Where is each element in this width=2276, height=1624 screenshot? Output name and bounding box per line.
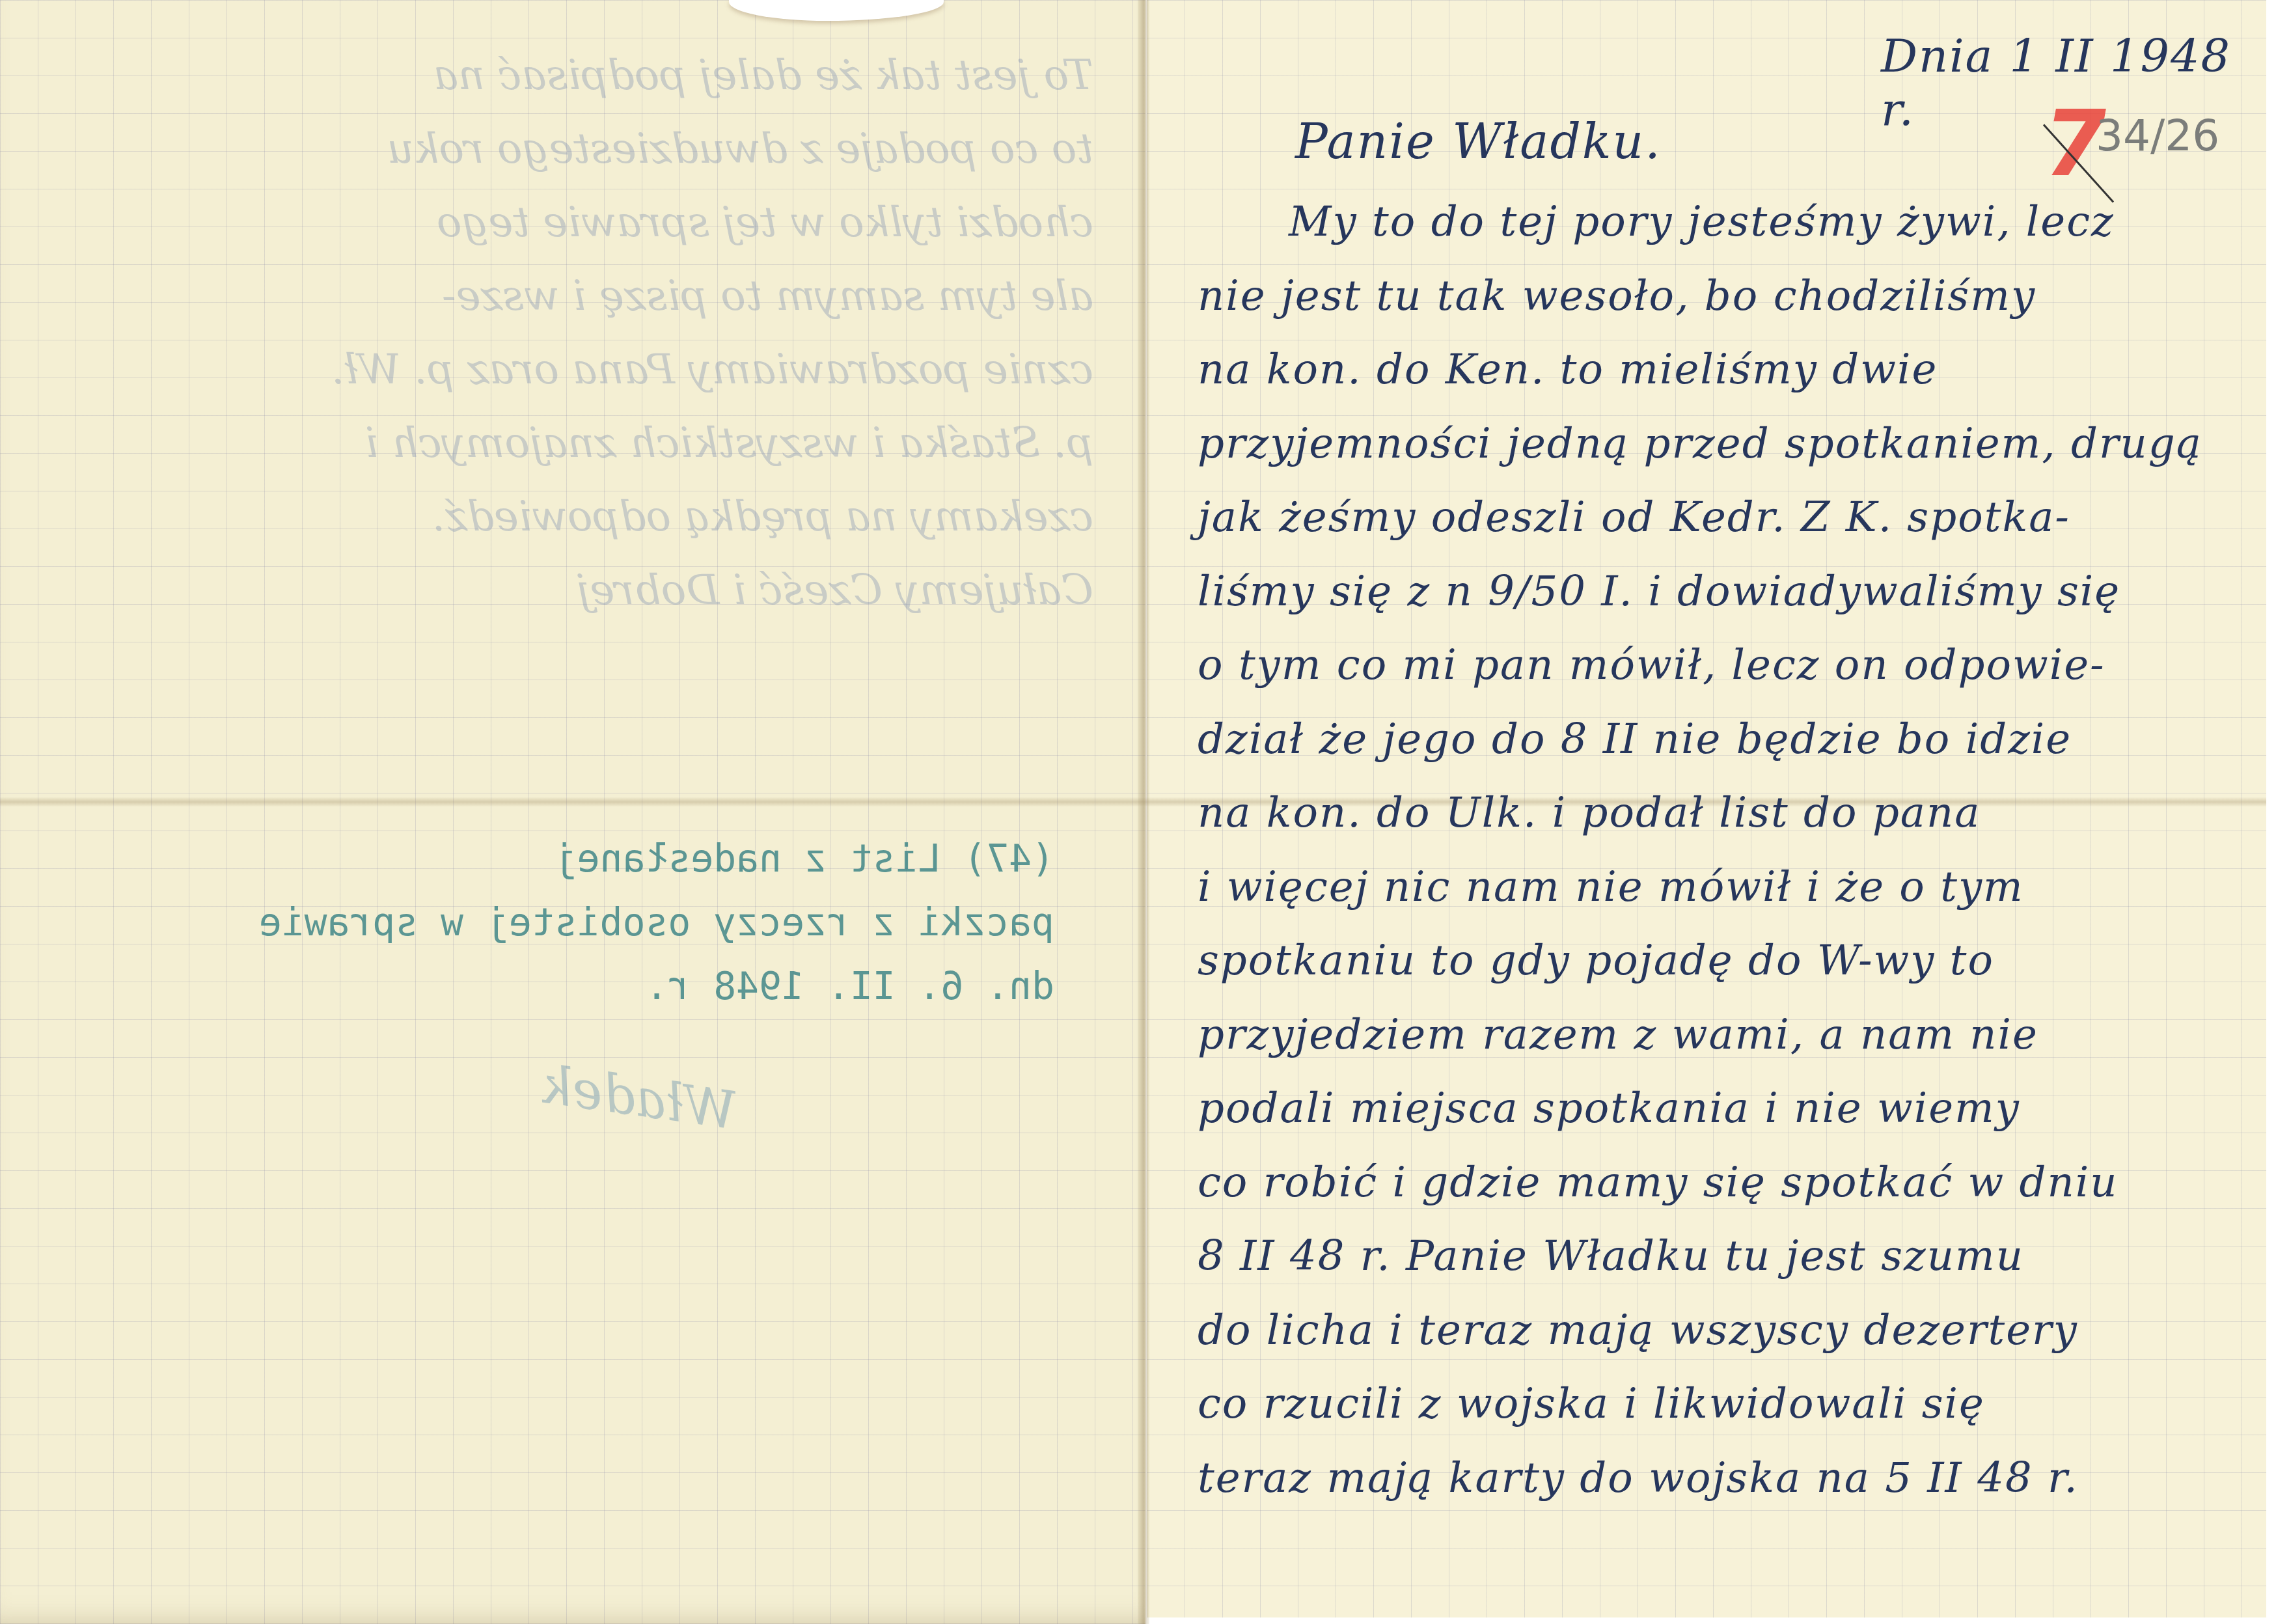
letter-line: i więcej nic nam nie mówił i że o tym: [1198, 851, 2252, 925]
letter-body: My to do tej pory jesteśmy żywi, lecz ni…: [1198, 186, 2252, 1515]
letter-line: dział że jego do 8 II nie będzie bo idzi…: [1198, 703, 2252, 777]
letter-line: na kon. do Ulk. i podał list do pana: [1198, 777, 2252, 851]
bleed-note-line: (47) List z nadesłanej: [78, 827, 1054, 890]
vertical-fold: [1138, 0, 1149, 1624]
bleed-through-text: To jest tak że dalej podpisać na to co p…: [39, 39, 1093, 627]
archive-number: 34/26: [2096, 111, 2219, 161]
letter-line: o tym co mi pan mówił, lecz on odpowie-: [1198, 629, 2252, 703]
letter-line: co robić i gdzie mamy się spotkać w dniu: [1198, 1146, 2252, 1220]
letter-line: przyjedziem razem z wami, a nam nie: [1198, 998, 2252, 1073]
salutation: Panie Władku.: [1295, 114, 1662, 170]
torn-edge: [729, 0, 944, 21]
bleed-line: p. Staśka i wszystkich znajomych i: [39, 407, 1093, 480]
letter-line: do licha i teraz mają wszyscy dezertery: [1198, 1294, 2252, 1368]
bleed-note-line: dn. 6. II. 1948 r.: [78, 954, 1054, 1018]
letter-line: My to do tej pory jesteśmy żywi, lecz: [1198, 186, 2252, 260]
bleed-note-line: paczki z rzeczy osobistej w sprawie: [78, 890, 1054, 954]
bleed-line: chodzi tylko w tej sprawie tego: [39, 186, 1093, 260]
bleed-line: Całujemy Cześć i Dobrej: [39, 554, 1093, 627]
letter-line: nie jest tu tak wesoło, bo chodziliśmy: [1198, 260, 2252, 334]
left-page: To jest tak że dalej podpisać na to co p…: [0, 0, 1145, 1624]
bleed-signature: Władek: [537, 1054, 741, 1141]
letter-line: teraz mają karty do wojska na 5 II 48 r.: [1198, 1442, 2252, 1516]
bleed-line: To jest tak że dalej podpisać na: [39, 39, 1093, 113]
letter-line: spotkaniu to gdy pojadę do W-wy to: [1198, 924, 2252, 998]
letter-line: liśmy się z n 9/50 I. i dowiadywaliśmy s…: [1198, 555, 2252, 629]
bleed-line: cznie pozdrawiamy Pana oraz p. Wł.: [39, 333, 1093, 407]
bleed-line: czekamy na prędką odpowiedź.: [39, 480, 1093, 554]
letter-line: przyjemności jedną przed spotkaniem, dru…: [1198, 407, 2252, 482]
letter-line: na kon. do Ken. to mieliśmy dwie: [1198, 333, 2252, 407]
bleed-through-note: (47) List z nadesłanej paczki z rzeczy o…: [78, 827, 1054, 1018]
letter-line: 8 II 48 r. Panie Władku tu jest szumu: [1198, 1220, 2252, 1294]
letter-line: jak żeśmy odeszli od Kedr. Z K. spotka-: [1198, 481, 2252, 555]
letter-line: co rzucili z wojska i likwidowali się: [1198, 1368, 2252, 1442]
letter: Dnia 1 II 1948 r. 7 34/26 Panie Władku. …: [1172, 0, 2265, 1624]
bleed-line: to co podaje z dwudziestego roku: [39, 113, 1093, 186]
letter-line: podali miejsca spotkania i nie wiemy: [1198, 1072, 2252, 1146]
bleed-line: ale tym samym to piszę i wsze-: [39, 260, 1093, 333]
